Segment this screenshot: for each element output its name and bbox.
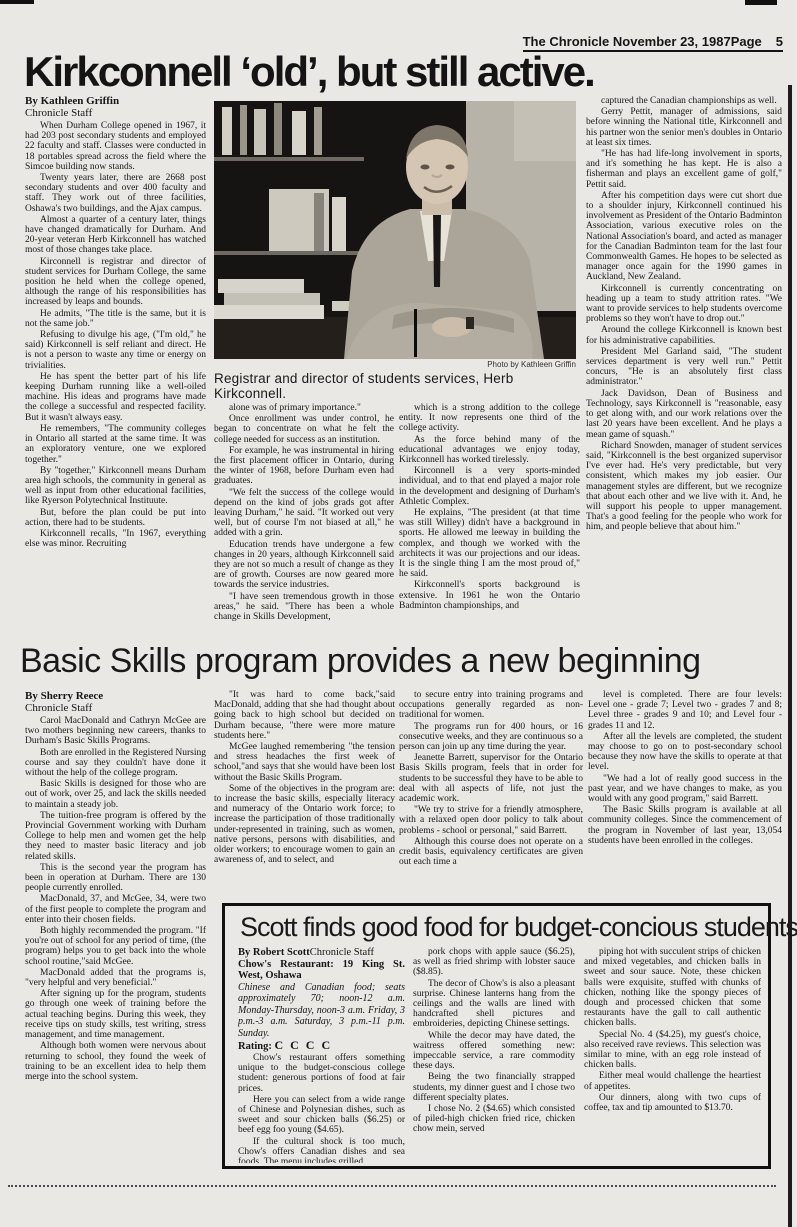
paragraph: Jeanette Barrett, supervisor for the Ont… — [399, 753, 583, 804]
paragraph: Twenty years later, there are 2668 post … — [25, 173, 206, 214]
article-text: piping hot with succulent strips of chic… — [584, 947, 761, 1113]
paragraph: Kirconnell is a very sports-minded indiv… — [399, 466, 580, 507]
masthead-page-number: 5 — [776, 34, 783, 49]
paragraph: level is completed. There are four level… — [588, 690, 782, 731]
paragraph: The programs run for 400 hours, or 16 co… — [399, 722, 583, 753]
review-column-3: piping hot with succulent strips of chic… — [584, 947, 761, 1163]
paragraph: Kirkconnell recalls, "In 1967, everythin… — [25, 529, 206, 549]
paragraph: If the cultural shock is too much, Chow'… — [238, 1137, 405, 1163]
restaurant-name-address: Chow's Restaurant: 19 King St. West, Osh… — [238, 959, 405, 982]
byline-author-name: By Robert Scott — [238, 947, 310, 958]
paragraph: He remembers, "The community colleges in… — [25, 424, 206, 465]
headline-chows-review: Scott finds good food for budget-conciou… — [240, 912, 760, 943]
paragraph: piping hot with succulent strips of chic… — [584, 947, 761, 1029]
paragraph: pork chops with apple sauce ($6.25), as … — [413, 947, 575, 978]
paragraph: I chose No. 2 ($4.65) which consisted of… — [413, 1104, 575, 1135]
paragraph: Almost a quarter of a century later, thi… — [25, 215, 206, 256]
article-text: which is a strong addition to the colleg… — [399, 403, 580, 611]
headline-basic-skills: Basic Skills program provides a new begi… — [20, 642, 785, 681]
byline-author: By Sherry Reece — [25, 690, 206, 702]
scan-edge-line — [788, 85, 792, 1227]
paragraph: Being the two financially strapped stude… — [413, 1072, 575, 1103]
masthead-title: The Chronicle November 23, 1987 — [523, 34, 731, 49]
paragraph: Kirkconnell's sports background is exten… — [399, 580, 580, 611]
paragraph: Once enrollment was under control, he be… — [214, 414, 394, 445]
paragraph: The tuition-free program is offered by t… — [25, 811, 206, 862]
paragraph: As the force behind many of the educatio… — [399, 435, 580, 466]
rating-value: C C C C — [274, 1038, 332, 1052]
paragraph: Education trends have undergone a few ch… — [214, 540, 394, 591]
byline-org: Chronicle Staff — [25, 702, 206, 714]
paragraph: He explains, "The president (at that tim… — [399, 508, 580, 579]
restaurant-rating: Rating: C C C C — [238, 1039, 405, 1053]
byline-author: By Robert ScottChronicle Staff — [238, 947, 405, 959]
rating-label: Rating: — [238, 1041, 272, 1052]
article-text: to secure entry into training programs a… — [399, 690, 583, 867]
paragraph: Special No. 4 ($4.25), my guest's choice… — [584, 1030, 761, 1071]
photo-block: Photo by Kathleen Griffin Registrar and … — [214, 101, 576, 401]
byline-org: Chronicle Staff — [310, 947, 374, 958]
byline-org: Chronicle Staff — [25, 107, 206, 119]
paragraph: Basic Skills is designed for those who a… — [25, 779, 206, 810]
paragraph: After all the levels are completed, the … — [588, 732, 782, 773]
paragraph: Kirkconnell is currently concentrating o… — [586, 284, 782, 325]
paragraph: After his competition days were cut shor… — [586, 191, 782, 283]
newspaper-page: The Chronicle November 23, 1987Page5 Kir… — [0, 0, 797, 1227]
basic-skills-column-1: By Sherry Reece Chronicle Staff Carol Ma… — [25, 690, 206, 1130]
paragraph: He has spent the better part of his life… — [25, 372, 206, 423]
article-text: When Durham College opened in 1967, it h… — [25, 121, 206, 549]
paragraph: Kirconnell is registrar and director of … — [25, 257, 206, 308]
paragraph: Here you can select from a wide range of… — [238, 1095, 405, 1136]
paragraph: When Durham College opened in 1967, it h… — [25, 121, 206, 172]
photo-credit: Photo by Kathleen Griffin — [214, 360, 576, 369]
paragraph: which is a strong addition to the colleg… — [399, 403, 580, 434]
paragraph: Both are enrolled in the Registered Nurs… — [25, 748, 206, 779]
kirkconnell-column-3: which is a strong addition to the colleg… — [399, 403, 580, 681]
article-text: captured the Canadian championships as w… — [586, 96, 782, 533]
paragraph: Although this course does not operate on… — [399, 837, 583, 868]
paragraph: Either meal would challenge the hearties… — [584, 1071, 761, 1091]
paragraph: Gerry Pettit, manager of admissions, sai… — [586, 107, 782, 148]
paragraph: This is the second year the program has … — [25, 863, 206, 894]
article-text: alone was of primary importance."Once en… — [214, 403, 394, 622]
bottom-dotted-rule — [8, 1185, 776, 1187]
paragraph: "It was hard to come back,"said MacDonal… — [214, 690, 395, 741]
paragraph: MacDonald added that the programs is, "v… — [25, 968, 206, 988]
headline-kirkconnell: Kirkconnell ‘old’, but still active. — [24, 48, 784, 96]
paragraph: to secure entry into training programs a… — [399, 690, 583, 721]
paragraph: "We had a lot of really good success in … — [588, 774, 782, 805]
byline-author: By Kathleen Griffin — [25, 95, 206, 107]
scan-edge-mark — [0, 0, 34, 4]
paragraph: By "together," Kirkconnell means Durham … — [25, 466, 206, 507]
kirkconnell-column-1: By Kathleen Griffin Chronicle Staff When… — [25, 95, 206, 637]
article-text: Chow's restaurant offers something uniqu… — [238, 1053, 405, 1163]
paragraph: President Mel Garland said, "The student… — [586, 347, 782, 388]
kirkconnell-column-4: captured the Canadian championships as w… — [586, 96, 782, 674]
paragraph: Refusing to divulge his age, ("I'm old,"… — [25, 330, 206, 371]
paragraph: Jack Davidson, Dean of Business and Tech… — [586, 389, 782, 440]
review-column-1: By Robert ScottChronicle Staff Chow's Re… — [238, 947, 405, 1163]
paragraph: For example, he was instrumental in hiri… — [214, 446, 394, 487]
paragraph: MacDonald, 37, and McGee, 34, were two o… — [25, 894, 206, 925]
article-text: pork chops with apple sauce ($6.25), as … — [413, 947, 575, 1135]
paragraph: "We try to strive for a friendly atmosph… — [399, 805, 583, 836]
photo-caption: Registrar and director of students servi… — [214, 371, 576, 401]
article-text: Carol MacDonald and Cathryn McGee are tw… — [25, 716, 206, 1082]
paragraph: Our dinners, along with two cups of coff… — [584, 1093, 761, 1113]
paragraph: captured the Canadian championships as w… — [586, 96, 782, 106]
photo-kirkconnell — [214, 101, 576, 359]
paragraph: "I have seen tremendous growth in those … — [214, 592, 394, 623]
paragraph: The Basic Skills program is available at… — [588, 805, 782, 846]
masthead-page-word: Page — [731, 34, 762, 49]
paragraph: The decor of Chow's is also a pleasant s… — [413, 979, 575, 1030]
paragraph: Chow's restaurant offers something uniqu… — [238, 1053, 405, 1094]
basic-skills-column-4: level is completed. There are four level… — [588, 690, 782, 905]
paragraph: Although both women were nervous about r… — [25, 1041, 206, 1082]
paragraph: Both highly recommended the program. "If… — [25, 926, 206, 967]
paragraph: While the decor may have dated, the wait… — [413, 1031, 575, 1072]
photo-illustration — [214, 101, 576, 359]
paragraph: But, before the plan could be put into a… — [25, 508, 206, 528]
paragraph: McGee laughed remembering "the tension a… — [214, 742, 395, 783]
paragraph: He admits, "The title is the same, but i… — [25, 309, 206, 329]
review-column-2: pork chops with apple sauce ($6.25), as … — [413, 947, 575, 1163]
scan-edge-mark — [745, 0, 777, 5]
paragraph: "He has had life-long involvement in spo… — [586, 149, 782, 190]
paragraph: Richard Snowden, manager of student serv… — [586, 441, 782, 533]
paragraph: "We felt the success of the college woul… — [214, 488, 394, 539]
article-text: level is completed. There are four level… — [588, 690, 782, 846]
kirkconnell-column-2: alone was of primary importance."Once en… — [214, 403, 394, 681]
paragraph: Some of the objectives in the program ar… — [214, 784, 395, 866]
paragraph: Carol MacDonald and Cathryn McGee are tw… — [25, 716, 206, 747]
paragraph: alone was of primary importance." — [214, 403, 394, 413]
paragraph: After signing up for the program, studen… — [25, 989, 206, 1040]
basic-skills-column-2: "It was hard to come back,"said MacDonal… — [214, 690, 395, 902]
article-text: "It was hard to come back,"said MacDonal… — [214, 690, 395, 865]
restaurant-details: Chinese and Canadian food; seats approxi… — [238, 982, 405, 1040]
basic-skills-column-3: to secure entry into training programs a… — [399, 690, 583, 902]
paragraph: Around the college Kirkconnell is known … — [586, 325, 782, 345]
